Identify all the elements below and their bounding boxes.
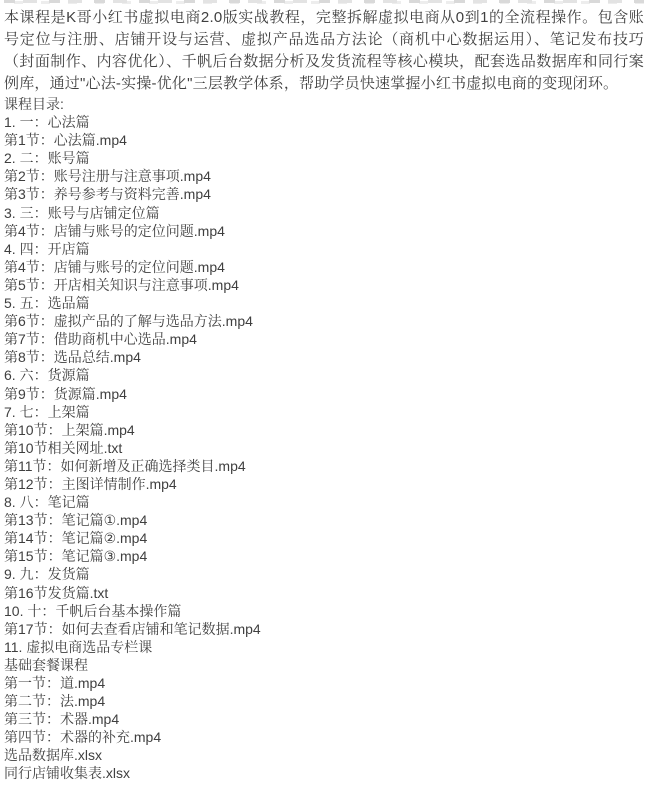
toc-line: 6. 六：货源篇: [4, 366, 644, 384]
toc-line: 第2节：账号注册与注意事项.mp4: [4, 167, 644, 185]
toc-line: 第二节：法.mp4: [4, 692, 644, 710]
toc-line: 第一节：道.mp4: [4, 674, 644, 692]
toc-line: 4. 四：开店篇: [4, 240, 644, 258]
toc-line: 第3节：养号参考与资料完善.mp4: [4, 185, 644, 203]
toc-line: 第12节：主图详情制作.mp4: [4, 475, 644, 493]
toc-line: 第三节：术器.mp4: [4, 710, 644, 728]
toc-line: 9. 九：发货篇: [4, 565, 644, 583]
toc-line: 1. 一：心法篇: [4, 113, 644, 131]
toc-lines: 1. 一：心法篇第1节：心法篇.mp42. 二：账号篇第2节：账号注册与注意事项…: [4, 113, 644, 782]
toc-line: 第13节：笔记篇①.mp4: [4, 511, 644, 529]
toc-line: 8. 八：笔记篇: [4, 493, 644, 511]
toc-line: 第10节相关网址.txt: [4, 439, 644, 457]
toc-line: 第9节：货源篇.mp4: [4, 385, 644, 403]
toc-line: 第4节：店铺与账号的定位问题.mp4: [4, 222, 644, 240]
toc-line: 第1节：心法篇.mp4: [4, 131, 644, 149]
cropped-text-remnant: [4, 0, 644, 4]
toc-line: 第四节：术器的补充.mp4: [4, 728, 644, 746]
toc-line: 3. 三：账号与店铺定位篇: [4, 204, 644, 222]
toc-line: 7. 七：上架篇: [4, 403, 644, 421]
toc-line: 基础套餐课程: [4, 656, 644, 674]
toc-line: 第15节：笔记篇③.mp4: [4, 547, 644, 565]
document-page: 本课程是K哥小红书虚拟电商2.0版实战教程，完整拆解虚拟电商从0到1的全流程操作…: [0, 0, 650, 783]
toc-line: 第6节：虚拟产品的了解与选品方法.mp4: [4, 312, 644, 330]
toc-line: 第4节：店铺与账号的定位问题.mp4: [4, 258, 644, 276]
toc-line: 第17节：如何去查看店铺和笔记数据.mp4: [4, 620, 644, 638]
toc-line: 第8节：选品总结.mp4: [4, 348, 644, 366]
toc-line: 10. 十：千帆后台基本操作篇: [4, 602, 644, 620]
toc-line: 第5节：开店相关知识与注意事项.mp4: [4, 276, 644, 294]
toc-line: 11. 虚拟电商选品专栏课: [4, 638, 644, 656]
course-toc: 课程目录: 1. 一：心法篇第1节：心法篇.mp42. 二：账号篇第2节：账号注…: [4, 95, 644, 783]
toc-line: 5. 五：选品篇: [4, 294, 644, 312]
course-intro-paragraph: 本课程是K哥小红书虚拟电商2.0版实战教程，完整拆解虚拟电商从0到1的全流程操作…: [4, 7, 644, 95]
toc-line: 第10节：上架篇.mp4: [4, 421, 644, 439]
toc-line: 第11节：如何新增及正确选择类目.mp4: [4, 457, 644, 475]
toc-line: 选品数据库.xlsx: [4, 746, 644, 764]
toc-line: 第14节：笔记篇②.mp4: [4, 529, 644, 547]
toc-line: 同行店铺收集表.xlsx: [4, 764, 644, 782]
toc-line: 2. 二：账号篇: [4, 149, 644, 167]
toc-line: 第7节：借助商机中心选品.mp4: [4, 330, 644, 348]
toc-heading: 课程目录:: [4, 95, 644, 113]
toc-line: 第16节发货篇.txt: [4, 584, 644, 602]
